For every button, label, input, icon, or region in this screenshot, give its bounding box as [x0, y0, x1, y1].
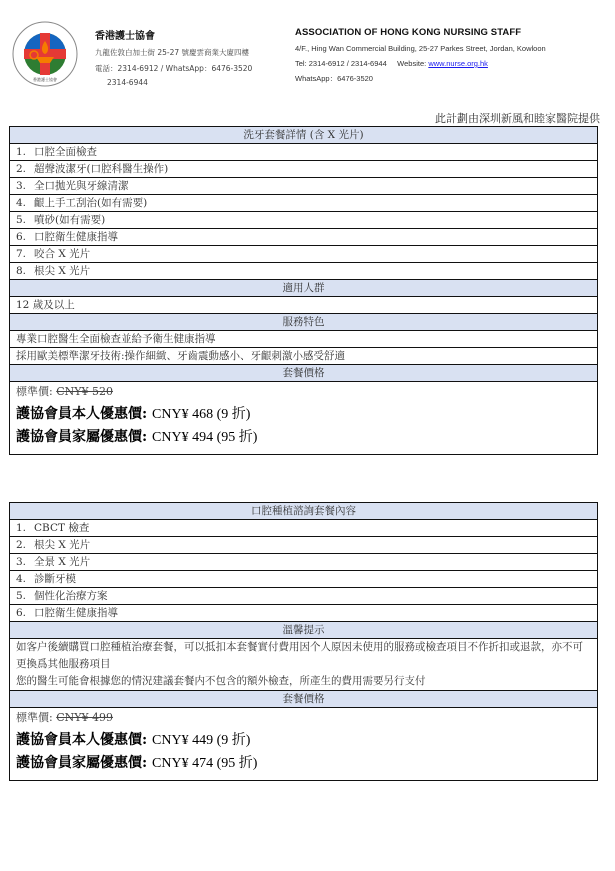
price-title: 套餐價格: [10, 365, 598, 382]
implant-consult-package-table: 口腔種植諮詢套餐內容 1.CBCT 檢查 2.根尖 X 光片 3.全景 X 光片…: [9, 502, 598, 781]
family-price: CNY¥ 494 (95 折): [152, 430, 257, 445]
cn-org-name: 香港護士協會: [95, 27, 252, 42]
member-price-row: 護協會員本人優惠價: CNY¥ 468 (9 折): [16, 406, 591, 429]
association-logo-icon: 香港護士協會: [12, 21, 78, 87]
provider-note: 此計劃由深圳新風和睦家醫院提供: [435, 110, 600, 126]
family-price-row: 護協會員家屬優惠價: CNY¥ 494 (95 折): [16, 429, 591, 452]
features-title: 服務特色: [10, 314, 598, 331]
list-item: 1.CBCT 檢查: [10, 520, 598, 537]
list-item: 7.咬合 X 光片: [10, 246, 598, 263]
feature-item: 採用歐美標準潔牙技術:操作細緻、牙齒震動感小、牙齦刺激小感受舒適: [10, 348, 598, 365]
list-item: 5.個性化治療方案: [10, 588, 598, 605]
feature-item: 專業口腔醫生全面檢查並給予衛生健康指導: [10, 331, 598, 348]
cn-phone-2: 2314-6944: [95, 77, 252, 89]
standard-price-row: 標準價: CNY¥ 499: [16, 710, 591, 732]
list-item: 4.診斷牙模: [10, 571, 598, 588]
standard-price: CNY¥ 499: [56, 711, 113, 724]
audience-title: 適用人群: [10, 280, 598, 297]
chinese-contact-block: 香港護士協會 九龍佐敦白加士街 25-27 號慶雲商業大廈四樓 電話：2314-…: [95, 27, 252, 89]
member-price: CNY¥ 449 (9 折): [152, 733, 250, 748]
price-title: 套餐價格: [10, 691, 598, 708]
english-contact-block: ASSOCIATION OF HONG KONG NURSING STAFF 4…: [295, 27, 546, 86]
price-block: 標準價: CNY¥ 520 護協會員本人優惠價: CNY¥ 468 (9 折) …: [10, 382, 598, 455]
letterhead: 香港護士協會 香港護士協會 九龍佐敦白加士街 25-27 號慶雲商業大廈四樓 電…: [0, 0, 615, 100]
en-whatsapp: WhatsApp：6476-3520: [295, 71, 546, 86]
member-price: CNY¥ 468 (9 折): [152, 407, 250, 422]
list-item: 8.根尖 X 光片: [10, 263, 598, 280]
website-link[interactable]: www.nurse.org.hk: [428, 59, 488, 68]
list-item: 5.噴砂(如有需要): [10, 212, 598, 229]
list-item: 4.齦上手工刮治(如有需要): [10, 195, 598, 212]
list-item: 6.口腔衛生健康指導: [10, 605, 598, 622]
family-price: CNY¥ 474 (95 折): [152, 756, 257, 771]
cn-phone: 電話：2314-6912 / WhatsApp：6476-3520: [95, 61, 252, 77]
standard-price: CNY¥ 520: [56, 385, 113, 398]
package2-title: 口腔種植諮詢套餐內容: [10, 503, 598, 520]
list-item: 3.全口拋光與牙線清潔: [10, 178, 598, 195]
en-tel-website: Tel: 2314-6912 / 2314-6944 Website: www.…: [295, 56, 546, 71]
standard-price-row: 標準價: CNY¥ 520: [16, 384, 591, 406]
svg-text:香港護士協會: 香港護士協會: [33, 76, 57, 82]
en-address: 4/F., Hing Wan Commercial Building, 25-2…: [295, 41, 546, 56]
list-item: 3.全景 X 光片: [10, 554, 598, 571]
en-org-name: ASSOCIATION OF HONG KONG NURSING STAFF: [295, 27, 546, 38]
cn-address: 九龍佐敦白加士街 25-27 號慶雲商業大廈四樓: [95, 45, 252, 61]
member-price-row: 護協會員本人優惠價: CNY¥ 449 (9 折): [16, 732, 591, 755]
list-item: 6.口腔衛生健康指導: [10, 229, 598, 246]
en-tel: Tel: 2314-6912 / 2314-6944: [295, 59, 387, 68]
family-price-row: 護協會員家屬優惠價: CNY¥ 474 (95 折): [16, 755, 591, 778]
price-block: 標準價: CNY¥ 499 護協會員本人優惠價: CNY¥ 449 (9 折) …: [10, 708, 598, 781]
package1-title: 洗牙套餐詳情 (含 X 光片): [10, 127, 598, 144]
cleaning-package-table: 洗牙套餐詳情 (含 X 光片) 1.口腔全面檢查 2.超聲波潔牙(口腔科醫生操作…: [9, 126, 598, 455]
list-item: 2.根尖 X 光片: [10, 537, 598, 554]
audience-value: 12 歲及以上: [10, 297, 598, 314]
notice-text: 如客户後續購買口腔種植治療套餐，可以抵扣本套餐實付費用因个人原因未使用的服務或檢…: [10, 639, 598, 691]
notice-title: 溫馨提示: [10, 622, 598, 639]
list-item: 2.超聲波潔牙(口腔科醫生操作): [10, 161, 598, 178]
list-item: 1.口腔全面檢查: [10, 144, 598, 161]
en-website-label: Website:: [397, 59, 426, 68]
